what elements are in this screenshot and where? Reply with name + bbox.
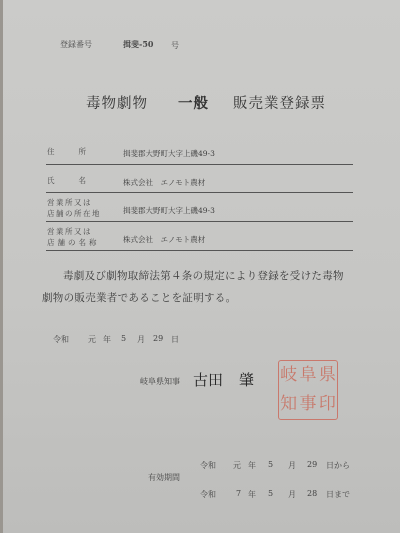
validity-to-era: 令和 [200, 489, 216, 500]
seal-char: 知 [279, 390, 298, 419]
registration-number: 揖斐-50 [123, 39, 153, 50]
seal-char: 県 [318, 361, 337, 390]
validity-from-day: 29 [307, 460, 317, 469]
validity-to-year: 7 [236, 489, 241, 498]
validity-to-suffix: 日まで [326, 489, 350, 500]
validity-to: 令和 7 年 5 月 28 日まで [3, 489, 400, 501]
issue-date-day: 29 [153, 334, 163, 343]
statement-line-1: 毒劇及び劇物取締法第４条の規定により登録を受けた毒物 [63, 268, 344, 283]
validity-to-month-unit: 月 [288, 489, 296, 500]
seal-char: 事 [298, 390, 317, 419]
issuer-surname: 古田 [193, 369, 223, 390]
validity-from-era: 令和 [200, 460, 216, 471]
table-rule [46, 250, 353, 251]
office-name-label-line2: 店舗の名称 [47, 237, 100, 248]
issue-date-day-unit: 日 [171, 334, 179, 345]
registration-number-label: 登録番号 [60, 39, 92, 50]
seal-char: 岐 [279, 361, 298, 390]
validity-to-month: 5 [268, 489, 273, 498]
title-sales-registration: 販売業登録票 [233, 92, 326, 113]
registration-number-suffix: 号 [171, 40, 179, 51]
seal-char: 阜 [298, 361, 317, 390]
office-location-label-line1: 営業所又は [47, 197, 92, 208]
name-label: 氏 名 [47, 175, 89, 186]
validity-from-year: 元 [233, 460, 241, 471]
validity-from-month: 5 [268, 460, 273, 469]
address-value: 揖斐郡大野町大字上磯49-3 [123, 148, 215, 159]
title-poison-deleterious: 毒物劇物 [86, 92, 148, 113]
name-value: 株式会社 エノモト農材 [123, 177, 205, 188]
title-category: 一般 [178, 92, 209, 113]
office-name-value: 株式会社 エノモト農材 [123, 234, 205, 245]
statement-line-2: 劇物の販売業者であることを証明する。 [42, 290, 236, 305]
issue-date-month: 5 [121, 334, 126, 343]
office-location-label-line2: 店舗の所在地 [47, 208, 101, 219]
issue-date: 令和 元 年 5 月 29 日 [3, 334, 400, 346]
issue-date-era: 令和 [53, 334, 69, 345]
seal-char: 印 [318, 390, 337, 419]
validity-from-suffix: 日から [326, 460, 350, 471]
registration-certificate: 登録番号 揖斐-50 号 毒物劇物 一般 販売業登録票 住 所 揖斐郡大野町大字… [3, 0, 400, 533]
table-rule [46, 192, 353, 193]
validity-period-label: 有効期間 [148, 472, 180, 483]
table-rule [46, 164, 353, 165]
validity-to-day: 28 [307, 489, 317, 498]
official-seal-stamp: 岐 阜 県 知 事 印 [278, 360, 338, 420]
validity-from-year-unit: 年 [248, 460, 256, 471]
validity-from-month-unit: 月 [288, 460, 296, 471]
table-rule [46, 221, 353, 222]
office-name-label-line1: 営業所又は [47, 226, 92, 237]
address-label: 住 所 [47, 146, 89, 157]
issuer-given-name: 肇 [239, 369, 254, 390]
issuer-title: 岐阜県知事 [140, 376, 180, 387]
issue-date-year-unit: 年 [103, 334, 111, 345]
validity-to-year-unit: 年 [248, 489, 256, 500]
validity-from: 令和 元 年 5 月 29 日から [3, 460, 400, 472]
issue-date-month-unit: 月 [137, 334, 145, 345]
office-location-value: 揖斐郡大野町大字上磯49-3 [123, 205, 215, 216]
issue-date-year: 元 [88, 334, 96, 345]
